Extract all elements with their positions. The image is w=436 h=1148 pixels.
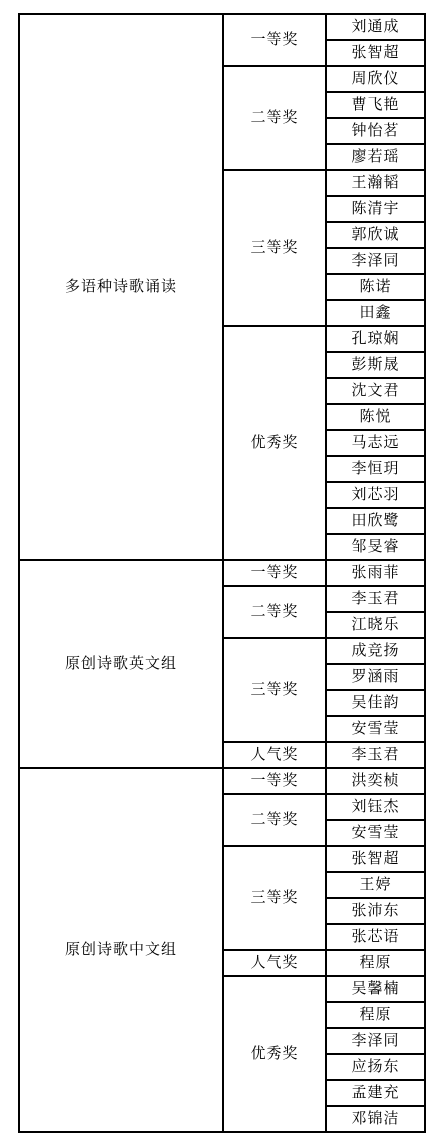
award-cell: 二等奖 <box>223 586 326 638</box>
winner-cell: 罗涵雨 <box>326 664 425 690</box>
winner-cell: 张沛东 <box>326 898 425 924</box>
award-cell: 二等奖 <box>223 794 326 846</box>
winner-cell: 刘芯羽 <box>326 482 425 508</box>
award-cell: 人气奖 <box>223 950 326 976</box>
winner-cell: 曹飞艳 <box>326 92 425 118</box>
winner-cell: 程原 <box>326 950 425 976</box>
category-cell: 多语种诗歌诵读 <box>19 14 223 560</box>
award-cell: 三等奖 <box>223 170 326 326</box>
award-cell: 优秀奖 <box>223 976 326 1132</box>
winner-cell: 邹旻睿 <box>326 534 425 560</box>
winner-cell: 田鑫 <box>326 300 425 326</box>
category-cell: 原创诗歌中文组 <box>19 768 223 1132</box>
winner-cell: 李泽同 <box>326 1028 425 1054</box>
award-cell: 二等奖 <box>223 66 326 170</box>
winner-cell: 应扬东 <box>326 1054 425 1080</box>
winner-cell: 李泽同 <box>326 248 425 274</box>
winner-cell: 吴馨楠 <box>326 976 425 1002</box>
winner-cell: 彭斯晟 <box>326 352 425 378</box>
winner-cell: 邓锦洁 <box>326 1106 425 1132</box>
winner-cell: 王婷 <box>326 872 425 898</box>
winner-cell: 刘通成 <box>326 14 425 40</box>
winner-cell: 张智超 <box>326 40 425 66</box>
category-cell: 原创诗歌英文组 <box>19 560 223 768</box>
winner-cell: 李玉君 <box>326 742 425 768</box>
winner-cell: 陈清宇 <box>326 196 425 222</box>
winner-cell: 陈诺 <box>326 274 425 300</box>
winner-cell: 张雨菲 <box>326 560 425 586</box>
winner-cell: 程原 <box>326 1002 425 1028</box>
winner-cell: 成竞扬 <box>326 638 425 664</box>
award-cell: 人气奖 <box>223 742 326 768</box>
award-cell: 一等奖 <box>223 560 326 586</box>
winner-cell: 周欣仪 <box>326 66 425 92</box>
award-cell: 优秀奖 <box>223 326 326 560</box>
winner-cell: 郭欣诚 <box>326 222 425 248</box>
winner-cell: 马志远 <box>326 430 425 456</box>
winner-cell: 江晓乐 <box>326 612 425 638</box>
winner-cell: 洪奕桢 <box>326 768 425 794</box>
winner-cell: 张智超 <box>326 846 425 872</box>
winner-cell: 王瀚韬 <box>326 170 425 196</box>
winner-cell: 田欣鹭 <box>326 508 425 534</box>
winner-cell: 孟建充 <box>326 1080 425 1106</box>
award-cell: 三等奖 <box>223 638 326 742</box>
awards-page: 多语种诗歌诵读 一等奖 刘通成 张智超 二等奖 周欣仪 曹飞艳 钟怡茗 廖若瑶 … <box>0 0 436 1148</box>
winner-cell: 刘钰杰 <box>326 794 425 820</box>
award-cell: 一等奖 <box>223 768 326 794</box>
winner-cell: 李恒玥 <box>326 456 425 482</box>
winner-cell: 安雪莹 <box>326 820 425 846</box>
winner-cell: 孔琼娴 <box>326 326 425 352</box>
award-cell: 三等奖 <box>223 846 326 950</box>
winner-cell: 吴佳韵 <box>326 690 425 716</box>
award-cell: 一等奖 <box>223 14 326 66</box>
winner-cell: 李玉君 <box>326 586 425 612</box>
winner-cell: 张芯语 <box>326 924 425 950</box>
winner-cell: 沈文君 <box>326 378 425 404</box>
winner-cell: 安雪莹 <box>326 716 425 742</box>
winner-cell: 廖若瑶 <box>326 144 425 170</box>
winner-cell: 钟怡茗 <box>326 118 425 144</box>
winner-cell: 陈悦 <box>326 404 425 430</box>
awards-table: 多语种诗歌诵读 一等奖 刘通成 张智超 二等奖 周欣仪 曹飞艳 钟怡茗 廖若瑶 … <box>18 13 426 1133</box>
